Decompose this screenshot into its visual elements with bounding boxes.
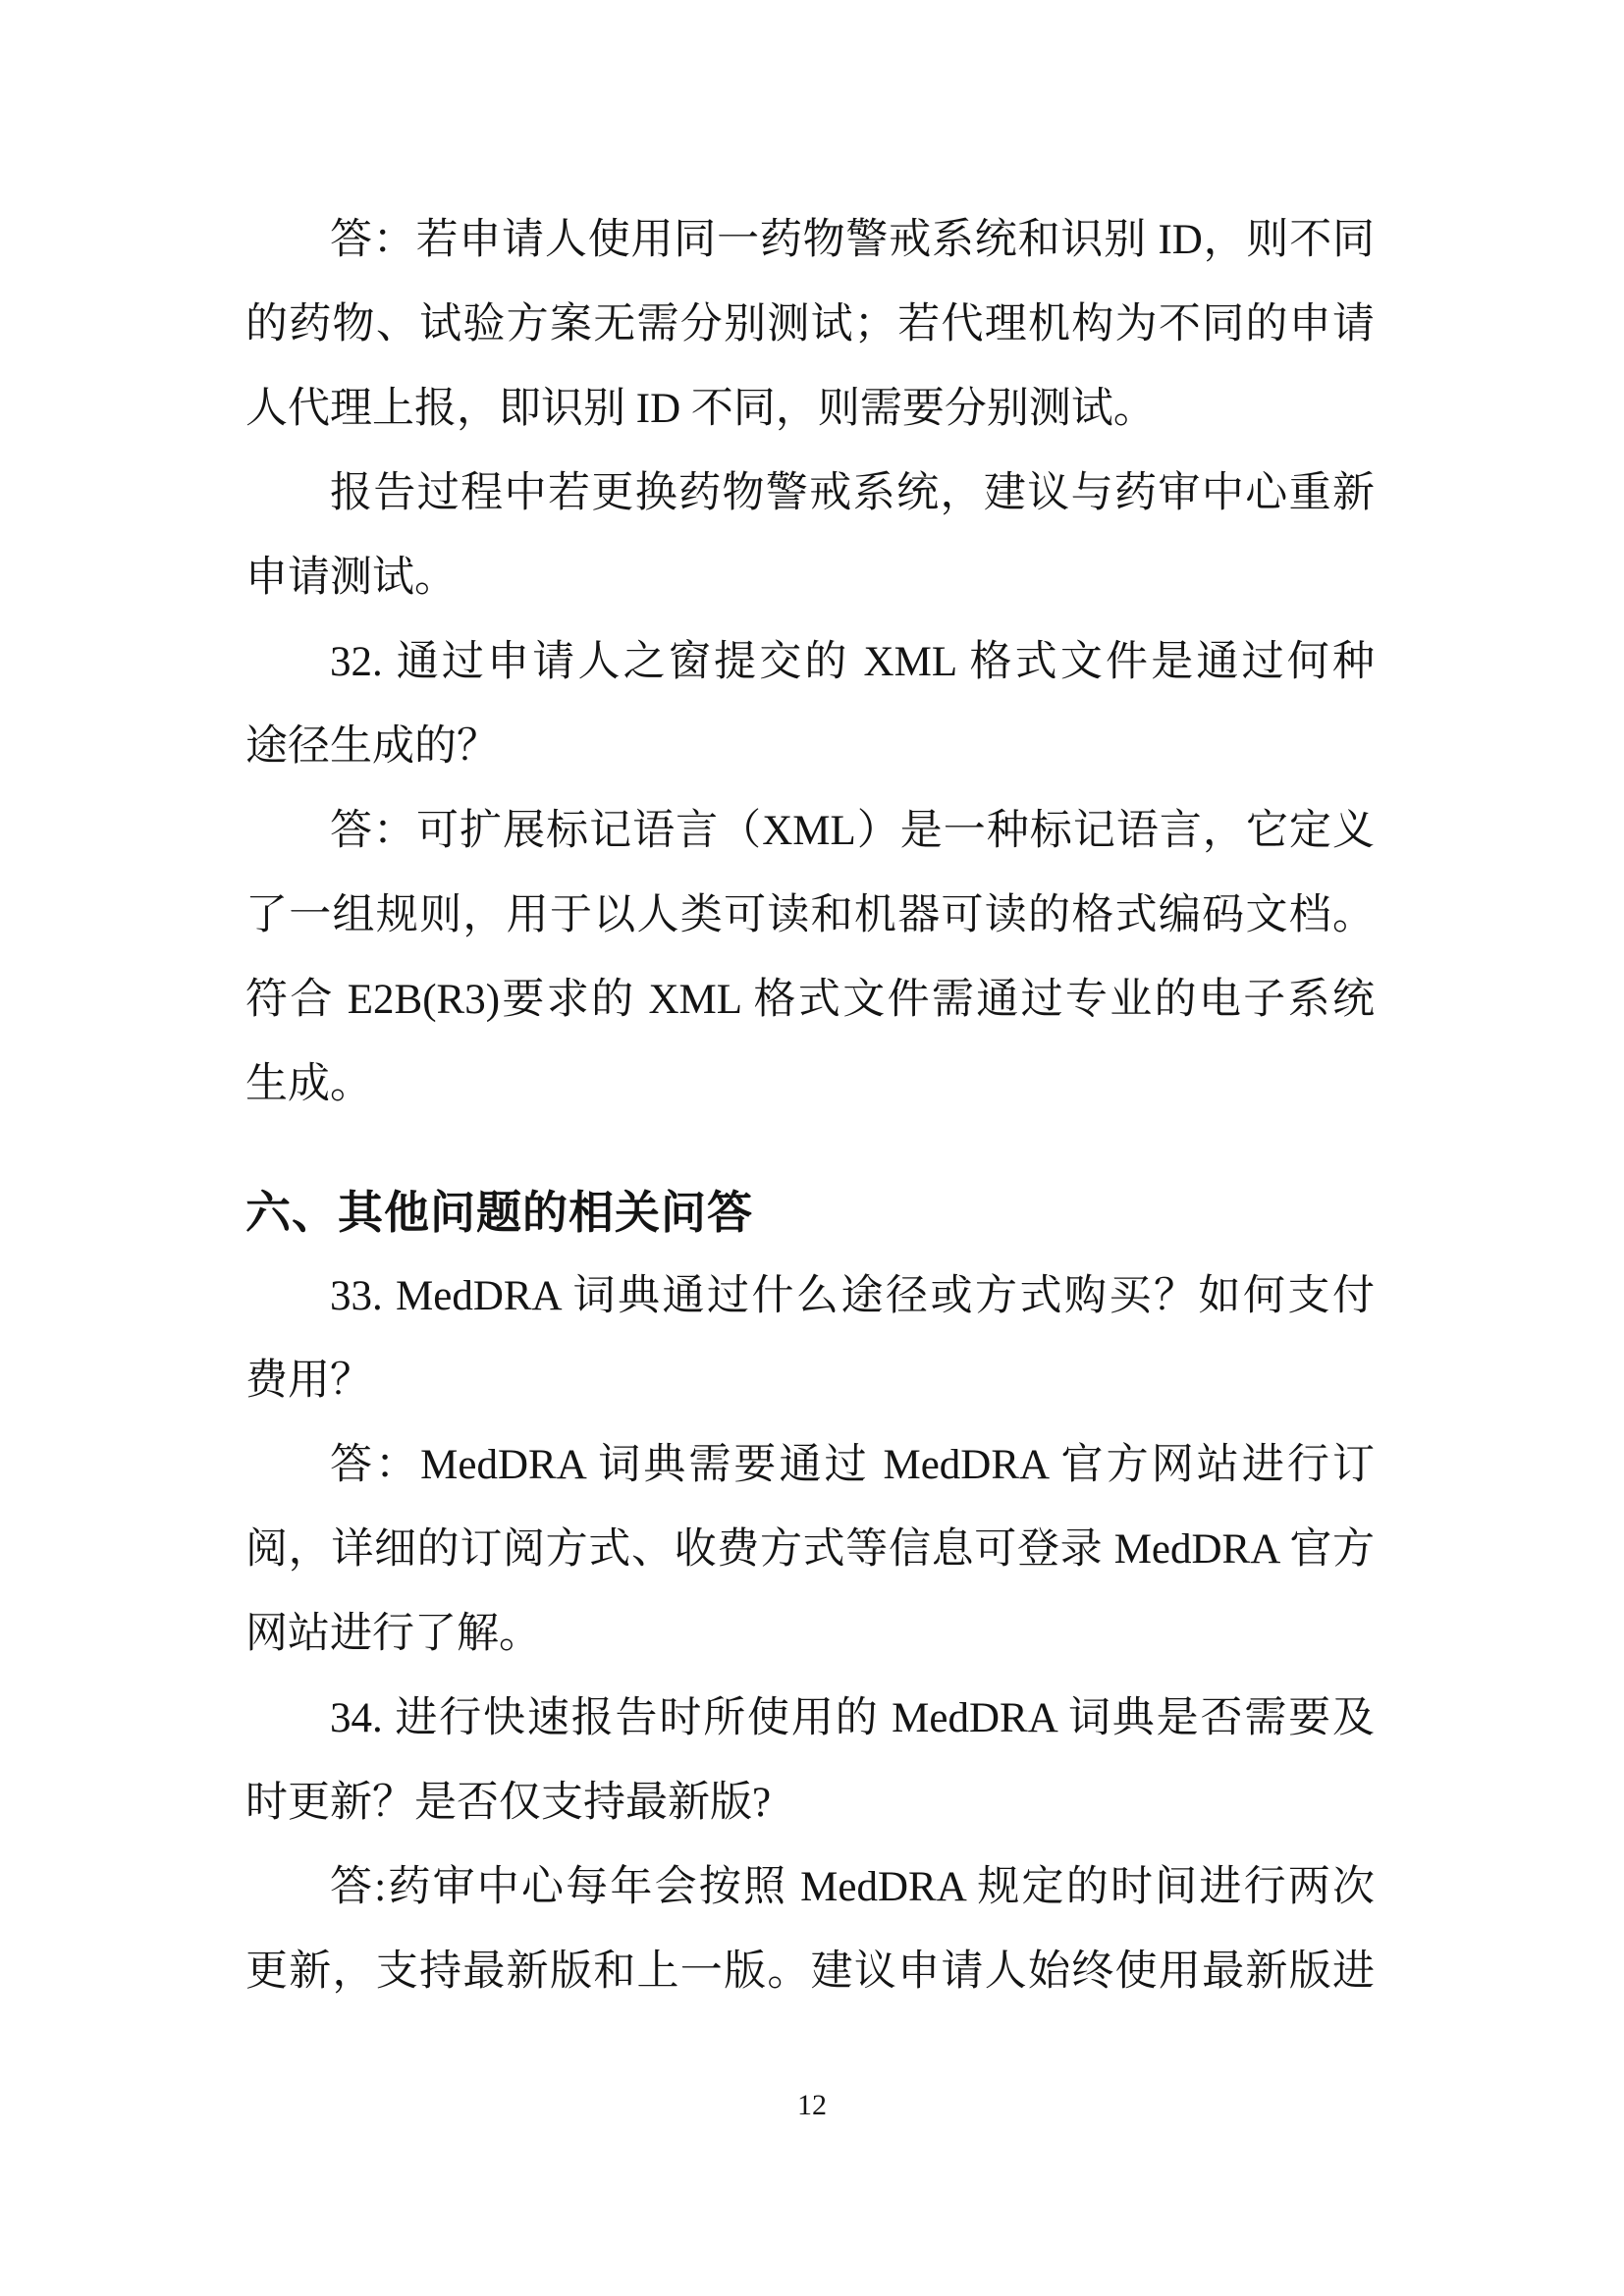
text-line: 生成。 — [245, 1042, 1375, 1127]
text-line: 答：若申请人使用同一药物警戒系统和识别 ID，则不同 — [245, 198, 1375, 283]
text-line: 更新，支持最新版和上一版。建议申请人始终使用最新版进 — [245, 1930, 1375, 2014]
document-page: 答：若申请人使用同一药物警戒系统和识别 ID，则不同 的药物、试验方案无需分别测… — [0, 0, 1624, 2296]
question-line: 时更新？是否仅支持最新版? — [245, 1761, 1375, 1845]
text-line: 答：可扩展标记语言（XML）是一种标记语言，它定义 — [245, 789, 1375, 874]
text-line: 人代理上报，即识别 ID 不同，则需要分别测试。 — [245, 367, 1375, 452]
text-line: 了一组规则，用于以人类可读和机器可读的格式编码文档。 — [245, 874, 1375, 958]
text-line: 的药物、试验方案无需分别测试；若代理机构为不同的申请 — [245, 283, 1375, 367]
text-line: 网站进行了解。 — [245, 1592, 1375, 1677]
section-heading: 六、其他问题的相关问答 — [245, 1170, 1375, 1255]
page-number: 12 — [0, 2089, 1624, 2122]
text-line: 申请测试。 — [245, 536, 1375, 620]
question-line: 32. 通过申请人之窗提交的 XML 格式文件是通过何种 — [245, 620, 1375, 705]
text-line: 答：MedDRA 词典需要通过 MedDRA 官方网站进行订 — [245, 1423, 1375, 1508]
page-body: 答：若申请人使用同一药物警戒系统和识别 ID，则不同 的药物、试验方案无需分别测… — [245, 198, 1375, 2014]
text-line: 阅，详细的订阅方式、收费方式等信息可登录 MedDRA 官方 — [245, 1508, 1375, 1592]
question-line: 34. 进行快速报告时所使用的 MedDRA 词典是否需要及 — [245, 1677, 1375, 1761]
text-line: 答:药审中心每年会按照 MedDRA 规定的时间进行两次 — [245, 1845, 1375, 1930]
question-line: 途径生成的？ — [245, 705, 1375, 789]
text-line: 符合 E2B(R3)要求的 XML 格式文件需通过专业的电子系统 — [245, 958, 1375, 1042]
text-line: 报告过程中若更换药物警戒系统，建议与药审中心重新 — [245, 452, 1375, 536]
question-line: 33. MedDRA 词典通过什么途径或方式购买？如何支付 — [245, 1255, 1375, 1339]
question-line: 费用？ — [245, 1339, 1375, 1423]
